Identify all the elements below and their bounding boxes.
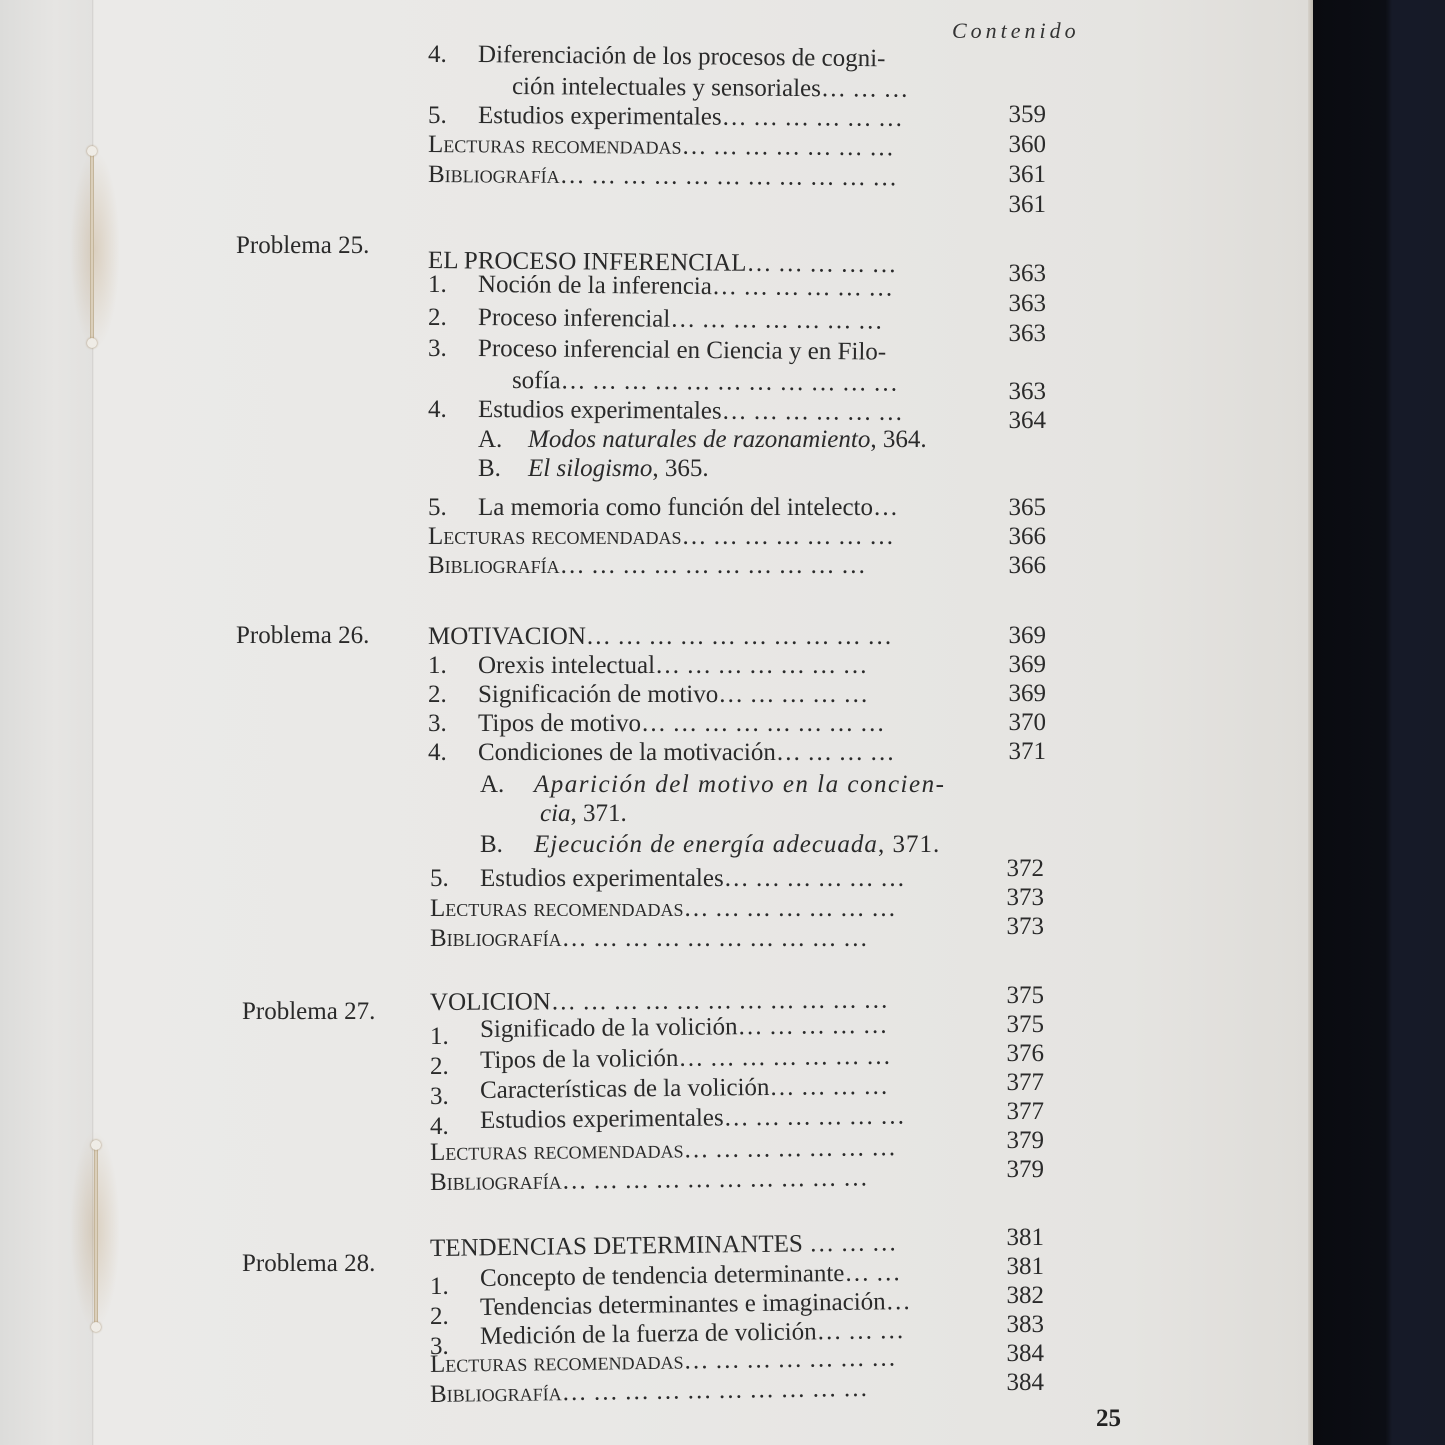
toc-page-number: 377 <box>994 1069 1044 1097</box>
toc-item-text: Estudios experimentales… … … … … … <box>480 1102 905 1135</box>
toc-subitem: Modos naturales de razonamiento, 364. <box>528 425 927 454</box>
toc-readings: Lecturas recomendadas… … … … … … … <box>428 522 894 551</box>
toc-page-number: 379 <box>994 1127 1044 1155</box>
toc-item-text: Estudios experimentales… … … … … … <box>480 864 905 893</box>
toc-subitem: Ejecución de energía adecuada, 371. <box>534 830 940 859</box>
toc-subitem-label: A. <box>480 770 504 799</box>
dark-background <box>1313 0 1445 1445</box>
toc-subitem-label: B. <box>480 830 503 859</box>
toc-item-text: Características de la volición… … … … <box>480 1072 889 1105</box>
toc-item-text-cont: sofía… … … … … … … … … … … <box>512 366 898 398</box>
toc-item-label: 4. <box>430 1112 449 1141</box>
toc-item-text: La memoria como función del intelecto… <box>478 493 898 522</box>
toc-page-number: 366 <box>996 552 1046 580</box>
toc-subitem-ref: , 365. <box>652 455 708 482</box>
problem-label: Problema 27. <box>242 998 375 1026</box>
toc-item-text: Tipos de la volición… … … … … … … <box>480 1042 891 1075</box>
toc-item-text: Condiciones de la motivación… … … … <box>478 738 895 767</box>
toc-page-number: 369 <box>996 651 1046 679</box>
toc-subitem-ref: , 371. <box>878 831 940 858</box>
toc-item-label: 2. <box>428 680 447 709</box>
toc-item-label: 1. <box>428 651 447 680</box>
toc-page-number: 363 <box>996 290 1046 318</box>
toc-bibliography: Bibliografía… … … … … … … … … … … <box>428 160 897 192</box>
toc-page-number: 377 <box>994 1098 1044 1126</box>
toc-page-number: 383 <box>994 1311 1044 1339</box>
toc-readings: Lecturas recomendadas… … … … … … … <box>428 130 894 162</box>
toc-item-label: 4. <box>428 40 447 69</box>
toc-item-text: Proceso inferencial… … … … … … … <box>478 303 883 336</box>
toc-page-number: 359 <box>996 101 1046 129</box>
toc-page-number: 369 <box>996 622 1046 650</box>
toc-page-number: 363 <box>996 320 1046 348</box>
toc-item-label: 2. <box>430 1302 449 1331</box>
toc-subitem-cont: cia, 371. <box>540 799 627 828</box>
toc-item-text: Diferenciación de los procesos de cogni- <box>478 40 886 73</box>
toc-page-number: 365 <box>996 494 1046 522</box>
toc-page-number: 363 <box>996 260 1046 288</box>
toc-item-text: Noción de la inferencia… … … … … … <box>478 270 893 303</box>
toc-item-text: Significado de la volición… … … … … <box>480 1011 888 1044</box>
toc-readings: Lecturas recomendadas… … … … … … … <box>430 894 896 923</box>
toc-item-label: 3. <box>428 334 447 363</box>
toc-page-number: 370 <box>996 709 1046 737</box>
toc-page-number: 372 <box>994 855 1044 883</box>
toc-page-number: 384 <box>994 1369 1044 1397</box>
toc-bibliography: Bibliografía… … … … … … … … … … <box>430 924 868 953</box>
toc-bibliography: Bibliografía… … … … … … … … … … <box>430 1374 868 1409</box>
toc-subitem-label: B. <box>478 454 501 483</box>
toc-page-number: 363 <box>996 378 1046 406</box>
toc-page-number: 360 <box>996 131 1046 159</box>
toc-item-text: Significación de motivo… … … … … <box>478 680 868 709</box>
page-number: 25 <box>1096 1405 1121 1433</box>
toc-item-label: 5. <box>428 493 447 522</box>
toc-page-number: 381 <box>994 1253 1044 1281</box>
toc-page-number: 384 <box>994 1340 1044 1368</box>
toc-item-text: Estudios experimentales… … … … … … <box>478 101 903 133</box>
toc-page-number: 379 <box>994 1156 1044 1184</box>
toc-item-text: Tipos de motivo… … … … … … … … <box>478 709 885 738</box>
toc-item-label: 4. <box>428 738 447 767</box>
toc-page-number: 361 <box>996 161 1046 189</box>
toc-item-text: Orexis intelectual… … … … … … … <box>478 651 868 680</box>
toc-item-label: 1. <box>430 1022 449 1051</box>
toc-item-label: 5. <box>428 101 447 130</box>
toc-subitem-text: Modos naturales de razonamiento <box>528 426 870 453</box>
toc-item-text: Estudios experimentales… … … … … … <box>478 395 903 427</box>
toc-page-number: 364 <box>996 407 1046 435</box>
problem-title: MOTIVACION… … … … … … … … … … <box>428 622 892 651</box>
stain-mark <box>70 150 120 350</box>
toc-page-number: 366 <box>996 523 1046 551</box>
problem-label: Problema 26. <box>236 622 369 650</box>
toc-item-label: 1. <box>428 270 447 299</box>
toc-bibliography: Bibliografía… … … … … … … … … … <box>428 551 866 580</box>
toc-item-label: 2. <box>428 303 447 332</box>
problem-label: Problema 28. <box>242 1250 375 1278</box>
toc-page-number: 361 <box>996 191 1046 219</box>
toc-item-text-cont: ción intelectuales y sensoriales… … … <box>512 72 909 104</box>
toc-item-label: 3. <box>428 709 447 738</box>
toc-page-number: 382 <box>994 1282 1044 1310</box>
toc-subitem-text: El silogismo <box>528 455 652 482</box>
toc-subitem-text: Aparición del motivo en la concien- <box>534 770 945 799</box>
toc-subitem-ref: , 371. <box>571 800 627 827</box>
toc-item-label: 4. <box>428 395 447 424</box>
toc-page-number: 373 <box>994 884 1044 912</box>
toc-page-number: 375 <box>994 982 1044 1010</box>
toc-page-number: 375 <box>994 1011 1044 1039</box>
problem-title: TENDENCIAS DETERMINANTES … … … <box>430 1228 897 1263</box>
toc-page-number: 381 <box>994 1224 1044 1252</box>
toc-subitem-label: A. <box>478 425 502 454</box>
toc-item-text: Proceso inferencial en Ciencia y en Filo… <box>478 334 886 367</box>
running-head: Contenido <box>952 18 1080 44</box>
toc-subitem-text-cont: cia <box>540 800 571 827</box>
toc-item-label: 2. <box>430 1052 449 1081</box>
toc-subitem-ref: , 364. <box>870 426 926 453</box>
toc-bibliography: Bibliografía… … … … … … … … … … <box>430 1163 868 1197</box>
toc-page-number: 376 <box>994 1040 1044 1068</box>
toc-item-label: 3. <box>430 1082 449 1111</box>
toc-page-number: 369 <box>996 680 1046 708</box>
toc-subitem-text: Ejecución de energía adecuada <box>534 831 878 858</box>
toc-item-label: 5. <box>430 864 449 893</box>
toc-readings: Lecturas recomendadas… … … … … … … <box>430 1133 896 1167</box>
toc-subitem: El silogismo, 365. <box>528 454 709 483</box>
toc-page-number: 373 <box>994 913 1044 941</box>
book-photo: Contenido 4. Diferenciación de los proce… <box>0 0 1445 1445</box>
toc-item-label: 1. <box>430 1272 449 1301</box>
binding-stitch-bottom <box>94 1146 98 1326</box>
toc-page-number: 371 <box>996 738 1046 766</box>
problem-label: Problema 25. <box>236 232 369 260</box>
binding-stitch-top <box>90 152 94 342</box>
